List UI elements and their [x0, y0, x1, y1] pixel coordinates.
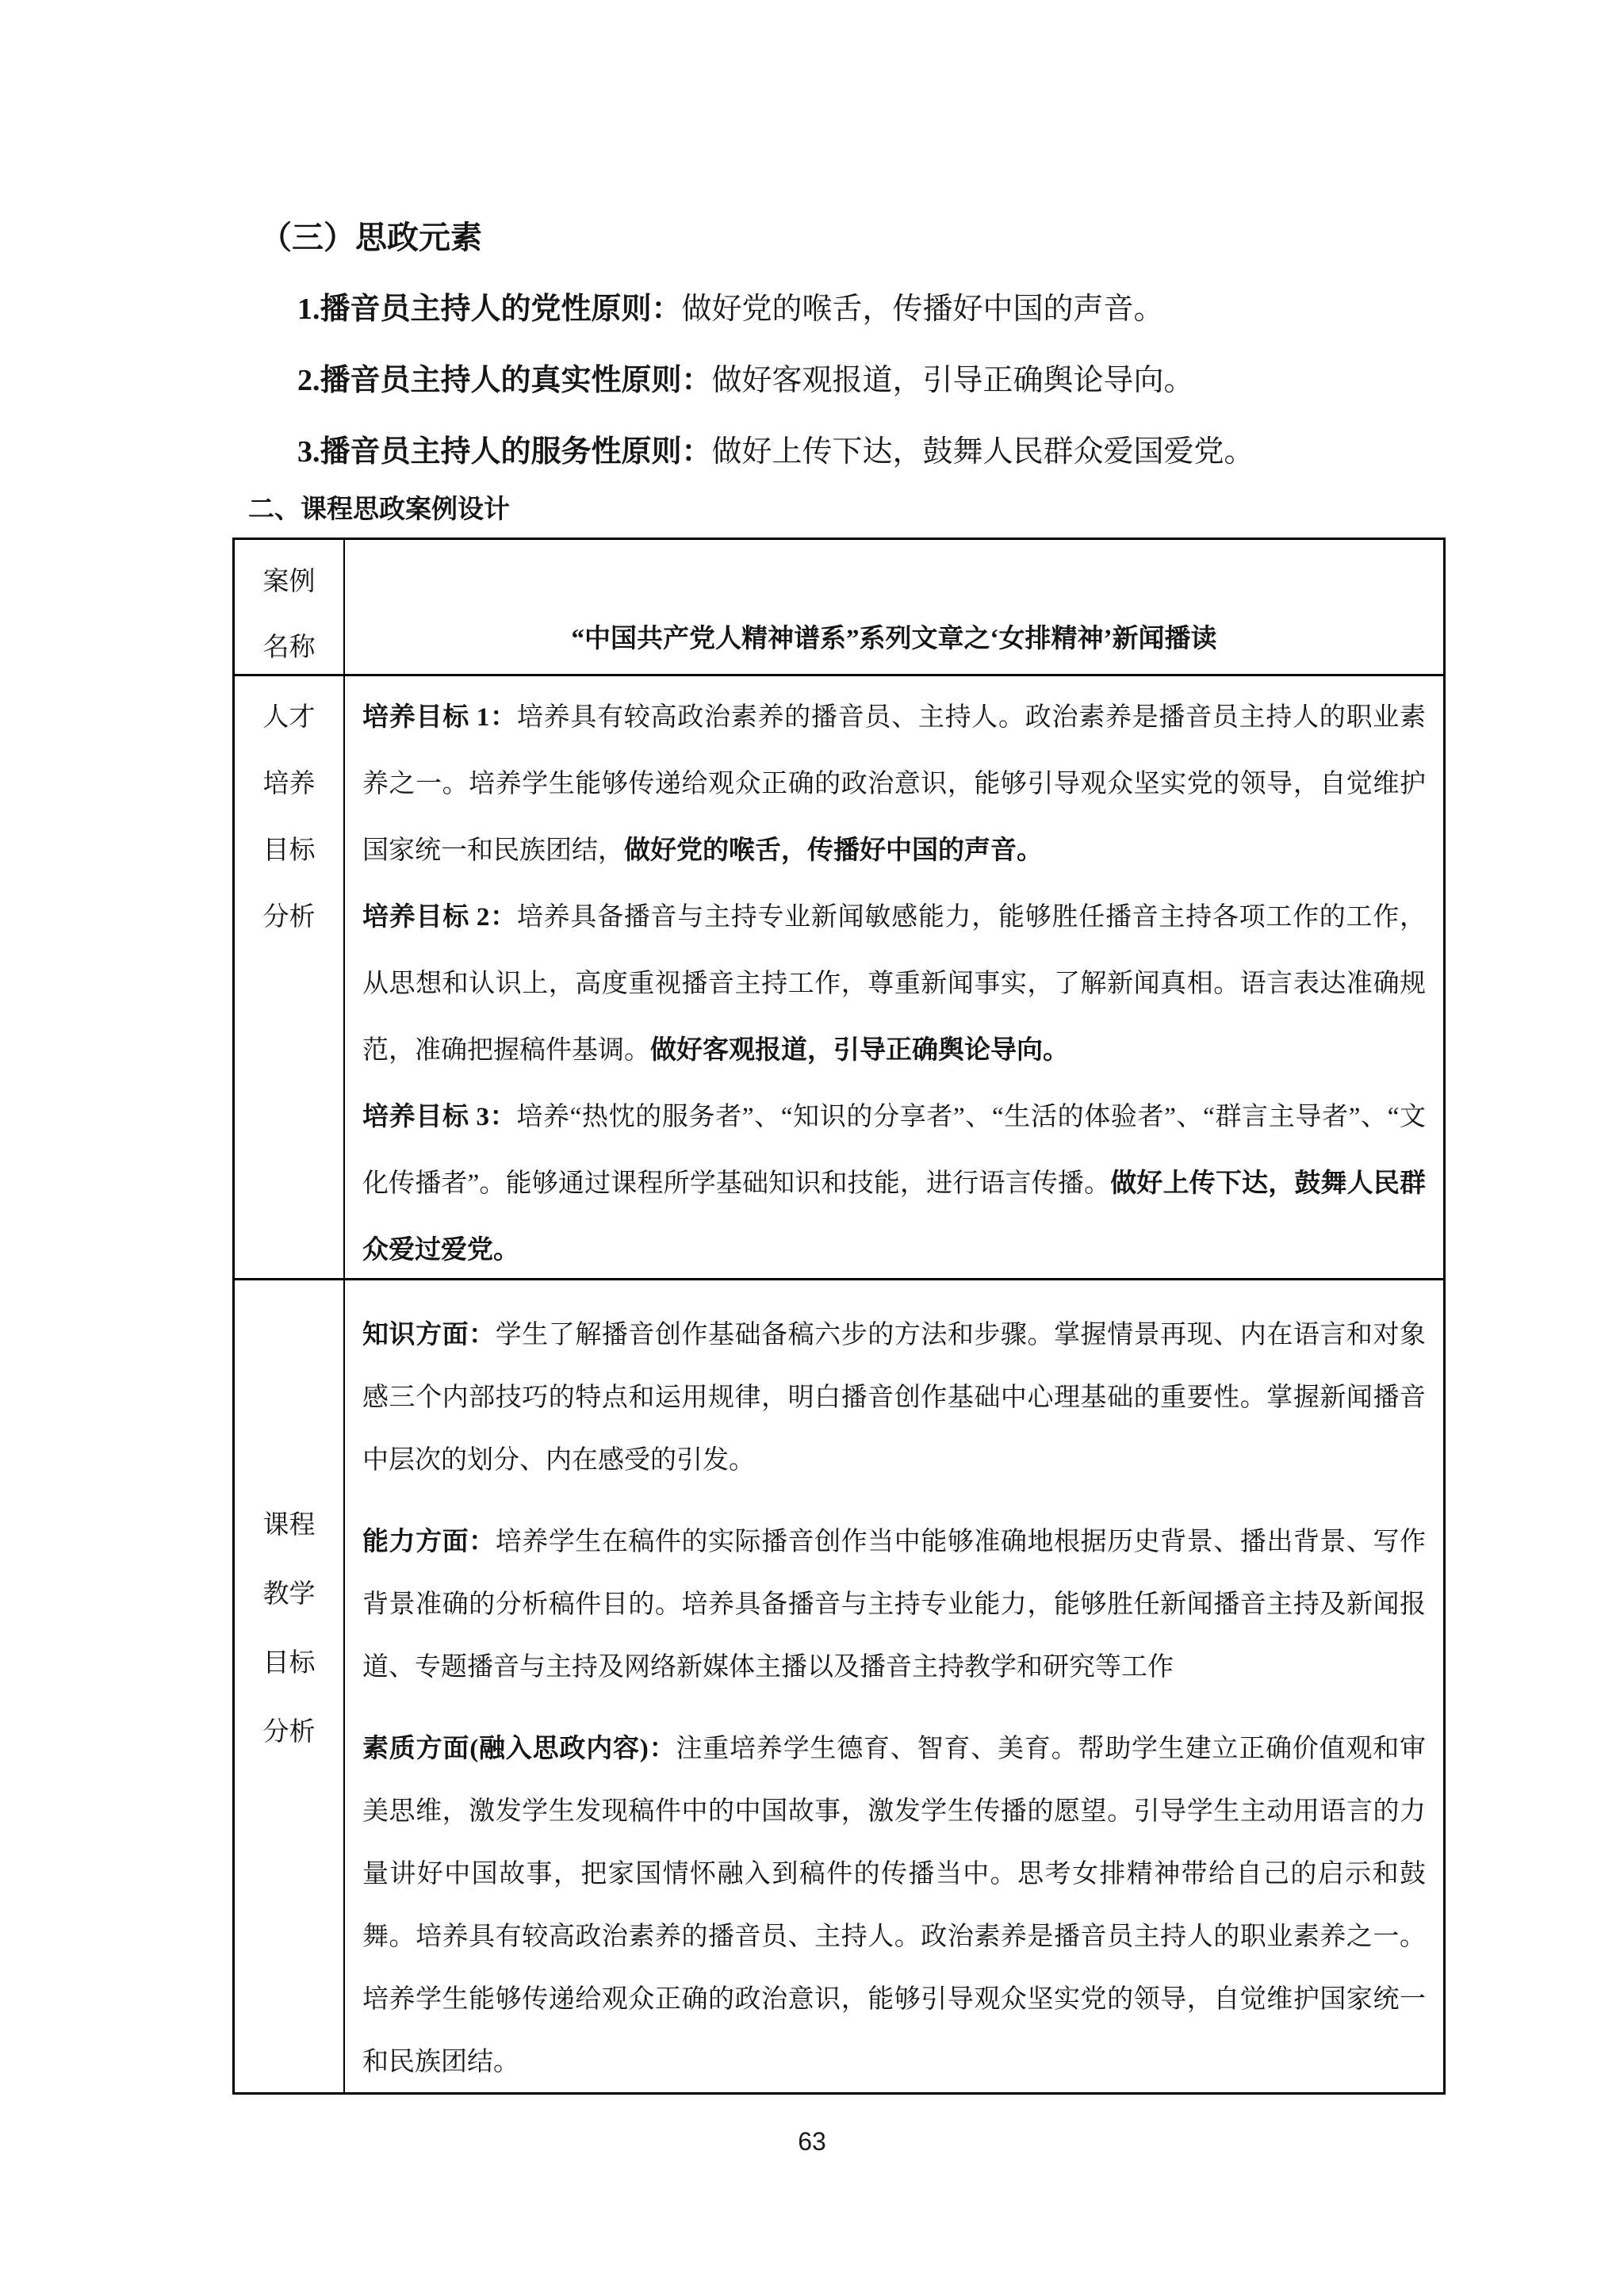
paragraph: 素质方面(融入思政内容)：注重培养学生德育、智育、美育。帮助学生建立正确价值观和…: [362, 1718, 1426, 2094]
case-name-label-cell: 案例名称: [235, 540, 345, 674]
paragraph: 培养目标 2：培养具备播音与主持专业新闻敏感能力，能够胜任播音主持各项工作的工作…: [362, 884, 1426, 1084]
text-segment: 学生了解播音创作基础备稿六步的方法和步骤。掌握情景再现、内在语言和对象感三个内部…: [362, 1321, 1426, 1475]
emphasis-segment: 做好客观报道，引导正确舆论导向。: [650, 1036, 1069, 1065]
case-title: “中国共产党人精神谱系”系列文章之‘女排精神’新闻播读: [572, 607, 1217, 672]
document-page: （三）思政元素 1.播音员主持人的党性原则：做好党的喉舌，传播好中国的声音。2.…: [0, 0, 1624, 2296]
label-line: 分析: [235, 884, 343, 951]
text-segment: 培养学生在稿件的实际播音创作当中能够准确地根据历史背景、播出背景、写作背景准确的…: [362, 1528, 1426, 1682]
case-design-table: 案例名称 “中国共产党人精神谱系”系列文章之‘女排精神’新闻播读 人才培养目标分…: [232, 538, 1446, 2095]
emphasis-segment: 3.播音员主持人的服务性原则：: [297, 435, 712, 469]
label-line: 目标: [235, 817, 343, 884]
label-line: 教学: [235, 1560, 343, 1629]
emphasis-segment: 培养目标 2：: [362, 903, 517, 932]
table-row-case-name: 案例名称 “中国共产党人精神谱系”系列文章之‘女排精神’新闻播读: [235, 540, 1443, 674]
text-segment: 注重培养学生德育、智育、美育。帮助学生建立正确价值观和审美思维，激发学生发现稿件…: [362, 1735, 1426, 2076]
label-line: 培养: [235, 751, 343, 817]
page-number: 63: [0, 2127, 1624, 2156]
course-goals-label-cell: 课程教学目标分析: [235, 1280, 345, 2095]
label-line: 名称: [235, 615, 343, 681]
paragraph: 2.播音员主持人的真实性原则：做好客观报道，引导正确舆论导向。: [297, 345, 1254, 416]
label-line: 分析: [235, 1698, 343, 1767]
table-row-course-goals: 课程教学目标分析 知识方面：学生了解播音创作基础备稿六步的方法和步骤。掌握情景再…: [235, 1278, 1443, 2095]
emphasis-segment: 2.播音员主持人的真实性原则：: [297, 364, 712, 397]
section-heading: （三）思政元素: [260, 219, 482, 257]
text-segment: 做好党的喉舌，传播好中国的声音。: [682, 293, 1164, 326]
talent-goals-content-cell: 培养目标 1：培养具有较高政治素养的播音员、主持人。政治素养是播音员主持人的职业…: [345, 676, 1443, 1278]
emphasis-segment: 培养目标 1：: [362, 703, 517, 732]
label-line: 案例: [235, 549, 343, 615]
text-segment: 做好客观报道，引导正确舆论导向。: [712, 364, 1194, 397]
label-line: 目标: [235, 1629, 343, 1698]
emphasis-segment: 能力方面：: [362, 1528, 496, 1556]
emphasis-segment: 培养目标 3：: [362, 1103, 516, 1131]
paragraph: 培养目标 1：培养具有较高政治素养的播音员、主持人。政治素养是播音员主持人的职业…: [362, 684, 1426, 884]
case-name-value-cell: “中国共产党人精神谱系”系列文章之‘女排精神’新闻播读: [345, 540, 1443, 674]
label-line: 人才: [235, 684, 343, 751]
principles-list: 1.播音员主持人的党性原则：做好党的喉舌，传播好中国的声音。2.播音员主持人的真…: [297, 274, 1254, 488]
paragraph: 3.播音员主持人的服务性原则：做好上传下达，鼓舞人民群众爱国爱党。: [297, 416, 1254, 488]
label-line: 课程: [235, 1491, 343, 1560]
table-row-talent-goals: 人才培养目标分析 培养目标 1：培养具有较高政治素养的播音员、主持人。政治素养是…: [235, 674, 1443, 1278]
paragraph: 能力方面：培养学生在稿件的实际播音创作当中能够准确地根据历史背景、播出背景、写作…: [362, 1511, 1426, 1699]
text-segment: 做好上传下达，鼓舞人民群众爱国爱党。: [712, 435, 1254, 469]
talent-goals-label-cell: 人才培养目标分析: [235, 676, 345, 1278]
paragraph: 1.播音员主持人的党性原则：做好党的喉舌，传播好中国的声音。: [297, 274, 1254, 345]
table-heading: 二、课程思政案例设计: [248, 492, 510, 528]
paragraph: 知识方面：学生了解播音创作基础备稿六步的方法和步骤。掌握情景再现、内在语言和对象…: [362, 1304, 1426, 1492]
paragraph: 培养目标 3：培养“热忱的服务者”、“知识的分享者”、“生活的体验者”、“群言主…: [362, 1084, 1426, 1284]
course-goals-content-cell: 知识方面：学生了解播音创作基础备稿六步的方法和步骤。掌握情景再现、内在语言和对象…: [345, 1280, 1443, 2095]
emphasis-segment: 做好党的喉舌，传播好中国的声音。: [624, 836, 1043, 865]
emphasis-segment: 素质方面(融入思政内容)：: [362, 1735, 676, 1763]
emphasis-segment: 1.播音员主持人的党性原则：: [297, 293, 682, 326]
emphasis-segment: 知识方面：: [362, 1321, 496, 1349]
